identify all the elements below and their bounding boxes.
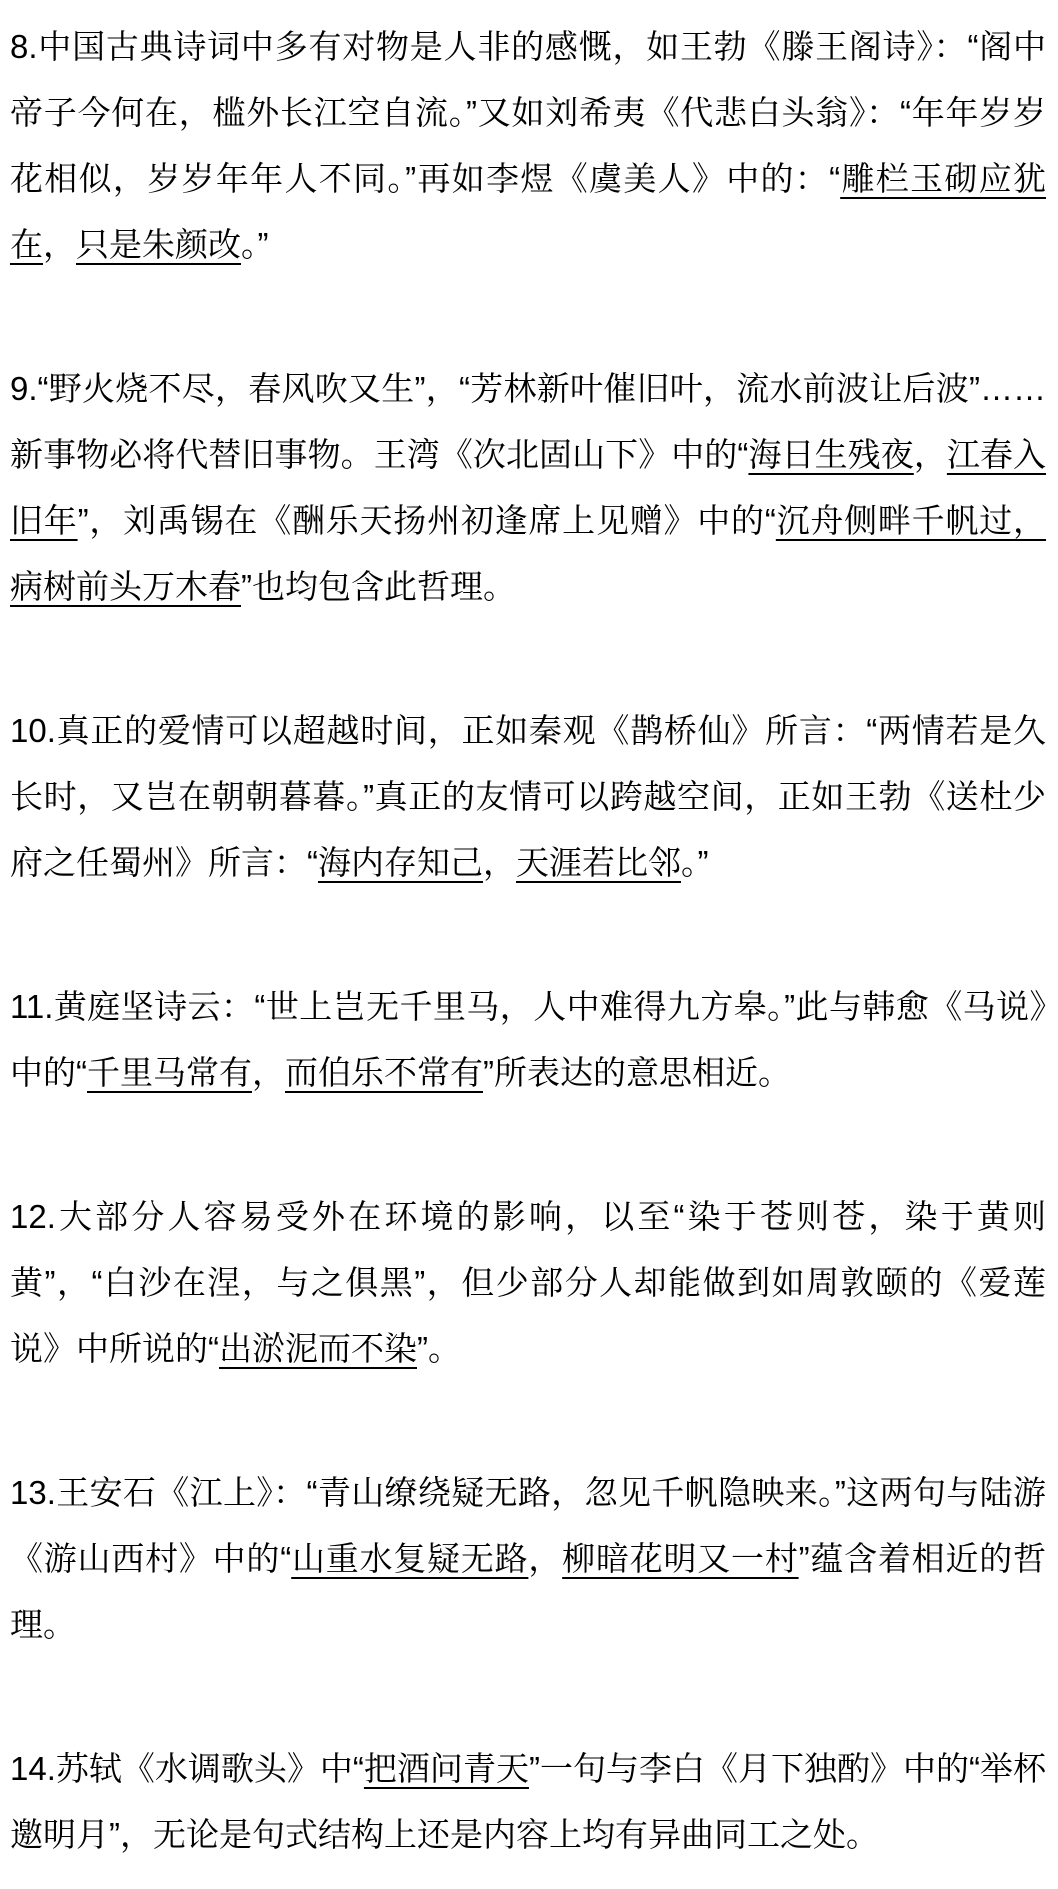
text-run: 12.大部分人容易受外在环境的影响，以至“染于苍则苍，染于黄则黄”，“白沙在涅，…: [10, 1198, 1046, 1367]
paragraph: 11.黄庭坚诗云：“世上岂无千里马，人中难得九方皋。”此与韩愈《马说》中的“千里…: [10, 974, 1046, 1106]
text-run: ，: [483, 844, 516, 881]
text-run: ”也均包含此哲理。: [241, 568, 516, 605]
text-run: ”。: [417, 1330, 461, 1367]
underlined-phrase: 把酒问青天: [364, 1750, 529, 1787]
paragraph: 12.大部分人容易受外在环境的影响，以至“染于苍则苍，染于黄则黄”，“白沙在涅，…: [10, 1184, 1046, 1382]
text-run: 。”: [241, 226, 269, 263]
paragraph: 14.苏轼《水调歌头》中“把酒问青天”一句与李白《月下独酌》中的“举杯邀明月”，…: [10, 1736, 1046, 1868]
underlined-phrase: 天涯若比邻: [516, 844, 681, 881]
paragraph: 10.真正的爱情可以超越时间，正如秦观《鹊桥仙》所言：“两情若是久长时，又岂在朝…: [10, 698, 1046, 896]
document-page: 8.中国古典诗词中多有对物是人非的感慨，如王勃《滕王阁诗》：“阁中帝子今何在，槛…: [0, 0, 1058, 1868]
paragraph: 8.中国古典诗词中多有对物是人非的感慨，如王勃《滕王阁诗》：“阁中帝子今何在，槛…: [10, 14, 1046, 278]
text-run: ，: [252, 1054, 285, 1091]
paragraph: 13.王安石《江上》：“青山缭绕疑无路，忽见千帆隐映来。”这两句与陆游《游山西村…: [10, 1460, 1046, 1658]
underlined-phrase: 山重水复疑无路: [291, 1540, 528, 1577]
underlined-phrase: 千里马常有: [87, 1054, 252, 1091]
text-run: ，: [914, 436, 947, 473]
text-run: ”所表达的意思相近。: [483, 1054, 791, 1091]
paragraph: 9.“野火烧不尽，春风吹又生”，“芳林新叶催旧叶，流水前波让后波”……新事物必将…: [10, 356, 1046, 620]
text-run: ”，刘禹锡在《酬乐天扬州初逢席上见赠》中的“: [78, 502, 776, 539]
underlined-phrase: 海日生残夜: [748, 436, 913, 473]
underlined-phrase: 而伯乐不常有: [285, 1054, 483, 1091]
underlined-phrase: 出淤泥而不染: [219, 1330, 417, 1367]
text-run: ，: [43, 226, 76, 263]
document-body: 8.中国古典诗词中多有对物是人非的感慨，如王勃《滕王阁诗》：“阁中帝子今何在，槛…: [0, 0, 1058, 1868]
text-run: ，: [528, 1540, 562, 1577]
underlined-phrase: 海内存知己: [318, 844, 483, 881]
underlined-phrase: 柳暗花明又一村: [562, 1540, 798, 1577]
text-run: 。”: [681, 844, 709, 881]
text-run: 14.苏轼《水调歌头》中“: [10, 1750, 364, 1787]
underlined-phrase: 只是朱颜改: [76, 226, 241, 263]
